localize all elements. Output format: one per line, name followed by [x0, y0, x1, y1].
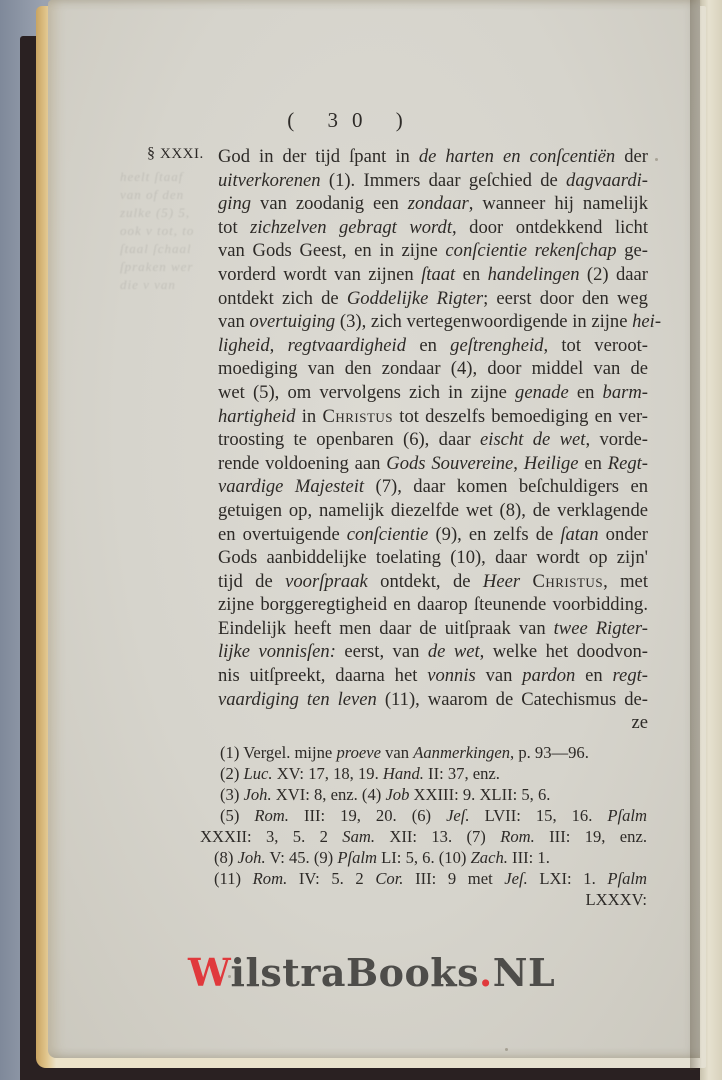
footnote-line: LXXXV: [200, 889, 647, 910]
section-symbol: § [147, 145, 156, 162]
text-line: zijne borggeregtigheid en daarop ſteunen… [218, 593, 648, 617]
bleed-through-line: heelt ſtaaf [120, 168, 200, 186]
footnote-line: XXXII: 3, 5. 2 Sam. XII: 13. (7) Rom. II… [200, 826, 647, 847]
text-line: wet (5), om vervolgens zich in zijne gen… [218, 381, 648, 405]
text-run: (1) Vergel. mijne [220, 743, 336, 762]
text-run: , met [603, 571, 648, 592]
italic-run: de harten en conſcentiën [419, 146, 615, 167]
italic-run: Aanmerkingen [413, 743, 510, 762]
text-line: Eindelijk heeft men daar de uitſpraak va… [218, 617, 648, 641]
text-line: ging van zoodanig een zondaar, wanneer h… [218, 192, 648, 216]
text-line: vaardiging ten leven (11), waarom de Cat… [218, 688, 648, 712]
italic-run: Pſalm [337, 848, 377, 867]
text-run: en [455, 264, 487, 285]
bleed-through-line: ook v tot, to [120, 222, 200, 240]
section-heading: § XXXI. [147, 145, 204, 163]
text-line: getuigen op, namelijk diezelfde wet (8),… [218, 499, 648, 523]
italic-run: ſatan [560, 524, 598, 545]
small-caps-run: Christus [322, 406, 393, 427]
text-run: van zoodanig een [251, 193, 408, 214]
italic-run: hei- [632, 311, 661, 332]
text-run: (1). Immers daar geſchied de [321, 170, 566, 191]
footnote-line: (8) Joh. V: 45. (9) Pſalm LI: 5, 6. (10)… [200, 847, 647, 868]
watermark-initial: W [188, 950, 231, 995]
text-run: van [476, 665, 523, 686]
italic-run: ligheid [218, 335, 270, 356]
watermark-dot: . [479, 950, 493, 995]
text-line: ligheid, regtvaardigheid en geſtrengheid… [218, 334, 648, 358]
text-run: eerst, van [336, 641, 428, 662]
italic-run: conſcientie [347, 524, 429, 545]
text-run: (7), daar komen beſchuldigers en [364, 476, 648, 497]
text-run: vorderd wordt van zijnen [218, 264, 421, 285]
bleed-through-line: ſpraken wer [120, 258, 200, 276]
text-run: LVII: 15, 16. [470, 806, 608, 825]
paper-speck [228, 975, 231, 978]
italic-run: barm- [603, 382, 648, 403]
text-run: God in der tijd ſpant in [218, 146, 419, 167]
italic-run: pardon [522, 665, 575, 686]
text-run: van [381, 743, 413, 762]
italic-run: overtuiging [250, 311, 336, 332]
italic-run: Goddelijke Rigter [347, 288, 483, 309]
text-line: nis uitſpreekt, daarna het vonnis van pa… [218, 664, 648, 688]
text-line: van Gods Geest, en in zijne conſcientie … [218, 239, 648, 263]
text-run: ; eerst door den weg [483, 288, 648, 309]
text-run: Eindelijk heeft men daar de uitſpraak va… [218, 618, 554, 639]
text-run: in [295, 406, 322, 427]
italic-run: de wet [428, 641, 480, 662]
text-run: Gods aanbiddelijke toelating (10), daar … [218, 547, 648, 568]
small-caps-run: Christus [532, 571, 603, 592]
italic-run: Jeſ. [446, 806, 470, 825]
text-run: LI: 5, 6. (10) [377, 848, 471, 867]
catchword: ze [218, 711, 648, 735]
text-run: XII: 13. (7) [375, 827, 500, 846]
footnotes: (1) Vergel. mijne proeve van Aanmerkinge… [200, 742, 647, 910]
gutter-shadow [690, 0, 702, 1070]
text-line: rende voldoening aan Gods Souvereine, He… [218, 452, 648, 476]
text-line: lijke vonnisſen: eerst, van de wet, welk… [218, 640, 648, 664]
text-run: (3), zich vertegenwoordigende in zijne [335, 311, 632, 332]
italic-run: handelingen [488, 264, 580, 285]
italic-run: Rom. [254, 806, 289, 825]
text-run: LXI: 1. [528, 869, 608, 888]
text-run: (2) [220, 764, 244, 783]
footnote-line: (5) Rom. III: 19, 20. (6) Jeſ. LVII: 15,… [200, 805, 647, 826]
italic-run: vaardiging ten leven [218, 689, 377, 710]
italic-run: zondaar [408, 193, 469, 214]
text-run: (11) [214, 869, 253, 888]
italic-run: Rom. [500, 827, 535, 846]
text-run: van Gods Geest, en in zijne [218, 240, 445, 261]
text-run: (3) [220, 785, 244, 804]
footnote-line: (1) Vergel. mijne proeve van Aanmerkinge… [200, 742, 647, 763]
text-run: moediging van den zondaar (4), door midd… [218, 358, 648, 379]
italic-run: eischt de wet [480, 429, 585, 450]
italic-run: uitverkorenen [218, 170, 321, 191]
text-run: (8) [214, 848, 238, 867]
italic-run: Hand. [383, 764, 424, 783]
body-paragraph: God in der tijd ſpant in de harten en co… [218, 145, 648, 735]
italic-run: Zach. [471, 848, 508, 867]
italic-run: voorſpraak [285, 571, 368, 592]
text-run: , door ontdekkend licht [452, 217, 648, 238]
italic-run: lijke vonnisſen: [218, 641, 336, 662]
text-run: ontdekt zich de [218, 288, 347, 309]
italic-run: Job [385, 785, 409, 804]
text-run: en [569, 382, 603, 403]
italic-run: Rom. [253, 869, 288, 888]
text-run: der [615, 146, 648, 167]
text-run: , welke het doodvon- [480, 641, 648, 662]
text-run [520, 571, 532, 592]
text-run: IV: 5. 2 [287, 869, 375, 888]
text-run: rende voldoening aan [218, 453, 386, 474]
italic-run: conſcientie rekenſchap [445, 240, 616, 261]
text-run: XXXII: 3, 5. 2 [200, 827, 342, 846]
text-line: vorderd wordt van zijnen ſtaat en handel… [218, 263, 648, 287]
text-run: (5) [220, 806, 254, 825]
text-run: zijne borggeregtigheid en daarop ſteunen… [218, 594, 648, 615]
text-run: ontdekt, de [368, 571, 483, 592]
italic-run: Jeſ. [504, 869, 528, 888]
text-run: van [218, 311, 250, 332]
italic-run: Joh. [244, 785, 272, 804]
italic-run: regt- [613, 665, 648, 686]
footnote-line: (11) Rom. IV: 5. 2 Cor. III: 9 met Jeſ. … [200, 868, 647, 889]
text-run: tijd de [218, 571, 285, 592]
italic-run: Sam. [342, 827, 375, 846]
text-run: tot deszelfs bemoediging en ver- [393, 406, 648, 427]
italic-run: Cor. [375, 869, 403, 888]
italic-run: Pſalm [607, 806, 647, 825]
bleed-through-line: zulke (5) 5, [120, 204, 200, 222]
text-run: , wanneer hij namelijk [469, 193, 648, 214]
text-run: III: 1. [508, 848, 550, 867]
text-line: tijd de voorſpraak ontdekt, de Heer Chri… [218, 570, 648, 594]
text-run: III: 19, 20. (6) [289, 806, 446, 825]
text-line: vaardige Majesteit (7), daar komen beſch… [218, 475, 648, 499]
text-run: tot [218, 217, 250, 238]
text-run: III: 9 met [403, 869, 504, 888]
text-line: God in der tijd ſpant in de harten en co… [218, 145, 648, 169]
text-line: van overtuiging (3), zich vertegenwoordi… [218, 310, 648, 334]
text-line: en overtuigende conſcientie (9), en zelf… [218, 523, 648, 547]
text-run: XXIII: 9. XLII: 5, 6. [409, 785, 550, 804]
text-run: getuigen op, namelijk diezelfde wet (8),… [218, 500, 648, 521]
italic-run: Heilige [524, 453, 579, 474]
text-run: , [270, 335, 288, 356]
watermark-suffix: NL [493, 950, 555, 995]
text-run: en overtuigende [218, 524, 347, 545]
text-run: onder [599, 524, 648, 545]
text-line: ontdekt zich de Goddelijke Rigter; eerst… [218, 287, 648, 311]
text-line: troosting te openbaren (6), daar eischt … [218, 428, 648, 452]
text-run: , p. 93—96. [510, 743, 589, 762]
italic-run: proeve [336, 743, 381, 762]
text-run: (11), waarom de Catechismus de- [377, 689, 648, 710]
bleed-through-line: ſtaal ſchaal [120, 240, 200, 258]
text-run: (2) daar [580, 264, 649, 285]
italic-run: Joh. [238, 848, 266, 867]
text-run: , vorde- [585, 429, 648, 450]
text-line: moediging van den zondaar (4), door midd… [218, 357, 648, 381]
section-number: XXXI. [160, 146, 204, 162]
italic-run: genade [515, 382, 569, 403]
italic-run: Pſalm [607, 869, 647, 888]
text-run: LXXXV: [586, 890, 647, 909]
italic-run: ſtaat [421, 264, 455, 285]
watermark-logo: WilstraBooks.NL [188, 950, 555, 995]
text-run: ge- [617, 240, 648, 261]
page-number: ( 30 ) [0, 108, 722, 133]
italic-run: ging [218, 193, 251, 214]
text-run: III: 19, enz. [535, 827, 647, 846]
text-run: , [513, 453, 523, 474]
italic-run: twee Rigter- [554, 618, 648, 639]
footnote-line: (2) Luc. XV: 17, 18, 19. Hand. II: 37, e… [200, 763, 647, 784]
bleed-through-line: van of den [120, 186, 200, 204]
text-run: en [579, 453, 608, 474]
italic-run: Regt- [608, 453, 648, 474]
text-run: XV: 17, 18, 19. [273, 764, 383, 783]
bleed-through-text: heelt ſtaafvan of denzulke (5) 5,ook v t… [120, 168, 200, 294]
italic-run: Heer [483, 571, 520, 592]
text-run: II: 37, enz. [424, 764, 500, 783]
italic-run: hartigheid [218, 406, 295, 427]
text-run: , tot veroot- [543, 335, 648, 356]
bleed-through-line: die v van [120, 276, 200, 294]
text-run: nis uitſpreekt, daarna het [218, 665, 427, 686]
text-run: XVI: 8, enz. (4) [272, 785, 386, 804]
italic-run: vaardige Majesteit [218, 476, 364, 497]
text-run: wet (5), om vervolgens zich in zijne [218, 382, 515, 403]
italic-run: dagvaardi- [566, 170, 648, 191]
italic-run: zichzelven gebragt wordt [250, 217, 452, 238]
italic-run: Luc. [244, 764, 273, 783]
italic-run: regtvaardigheid [288, 335, 406, 356]
text-run: en [406, 335, 450, 356]
paper-speck [655, 158, 658, 161]
text-run: en [575, 665, 612, 686]
text-run: (9), en zelfs de [428, 524, 560, 545]
text-run: troosting te openbaren (6), daar [218, 429, 480, 450]
text-line: Gods aanbiddelijke toelating (10), daar … [218, 546, 648, 570]
paper-speck [505, 1048, 508, 1051]
text-line: uitverkorenen (1). Immers daar geſchied … [218, 169, 648, 193]
italic-run: Gods Souvereine [386, 453, 513, 474]
footnote-line: (3) Joh. XVI: 8, enz. (4) Job XXIII: 9. … [200, 784, 647, 805]
italic-run: vonnis [427, 665, 476, 686]
watermark-name: ilstraBooks [231, 950, 480, 995]
text-run: V: 45. (9) [266, 848, 338, 867]
text-line: tot zichzelven gebragt wordt, door ontde… [218, 216, 648, 240]
italic-run: geſtrengheid [450, 335, 543, 356]
text-line: hartigheid in Christus tot deszelfs bemo… [218, 405, 648, 429]
